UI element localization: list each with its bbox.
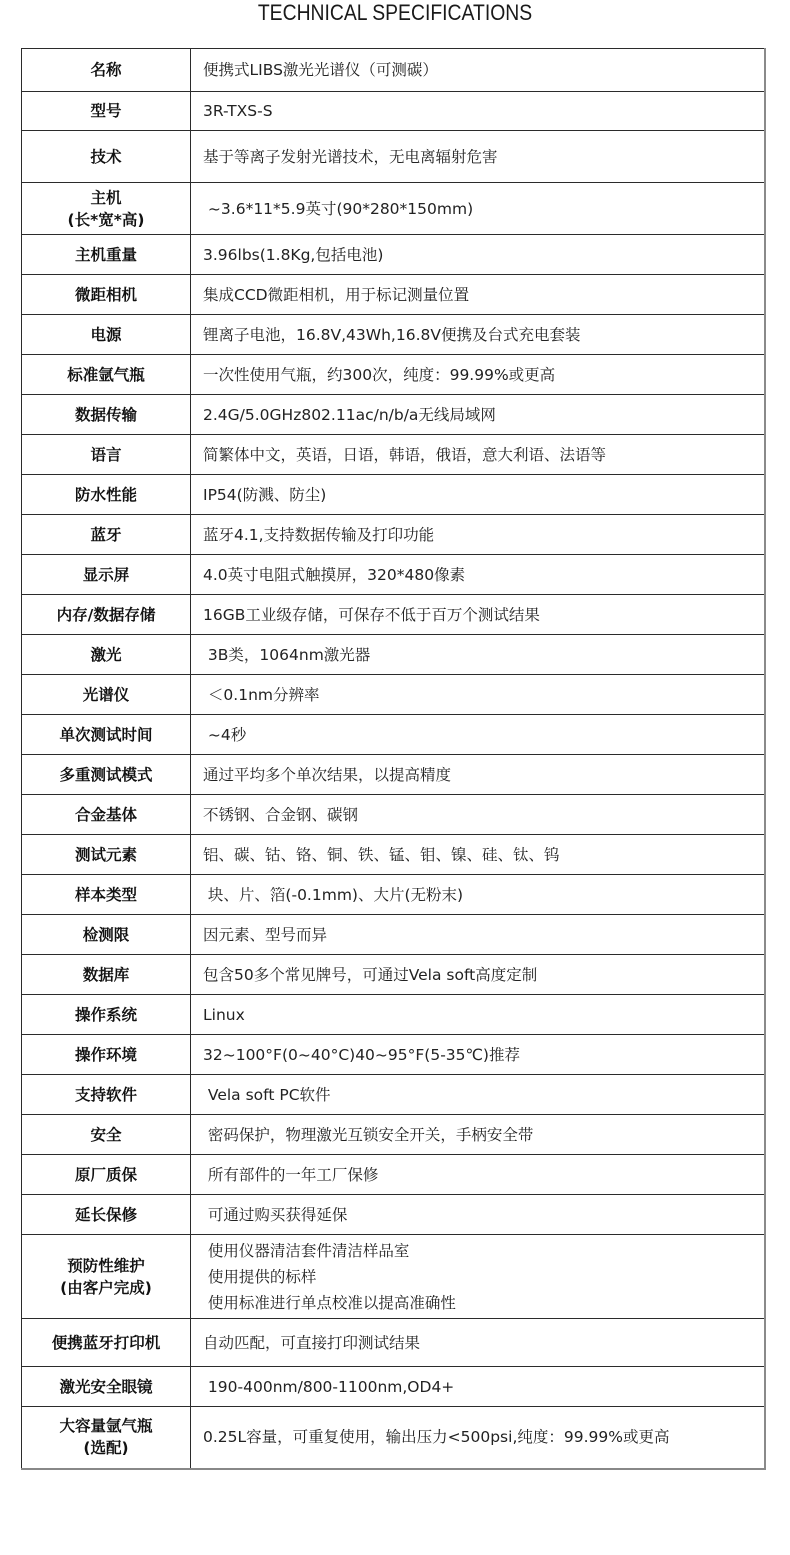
spec-row: 安全 密码保护，物理激光互锁安全开关，手柄安全带	[22, 1115, 766, 1155]
spec-value-cell: 锂离子电池，16.8V,43Wh,16.8V便携及台式充电套装	[191, 315, 766, 355]
spec-label-cell: 防水性能	[22, 475, 191, 515]
spec-value-cell: 4.0英寸电阻式触摸屏，320*480像素	[191, 555, 766, 595]
spec-value: 3.96lbs(1.8Kg,包括电池)	[203, 242, 764, 268]
spec-row: 显示屏4.0英寸电阻式触摸屏，320*480像素	[22, 555, 766, 595]
spec-value-cell: 密码保护，物理激光互锁安全开关，手柄安全带	[191, 1115, 766, 1155]
spec-value-cell: 自动匹配，可直接打印测试结果	[191, 1319, 766, 1367]
spec-label-cell: 名称	[22, 49, 191, 92]
spec-label: 光谱仪	[22, 684, 190, 706]
spec-row: 光谱仪 ＜0.1nm分辨率	[22, 675, 766, 715]
spec-label-cell: 单次测试时间	[22, 715, 191, 755]
spec-label-cell: 光谱仪	[22, 675, 191, 715]
spec-value-cell: 所有部件的一年工厂保修	[191, 1155, 766, 1195]
spec-label: 数据库	[22, 964, 190, 986]
spec-value: 2.4G/5.0GHz802.11ac/n/b/a无线局域网	[203, 402, 764, 428]
spec-row: 单次测试时间 ~4秒	[22, 715, 766, 755]
spec-row: 支持软件 Vela soft PC软件	[22, 1075, 766, 1115]
spec-value: 所有部件的一年工厂保修	[203, 1162, 764, 1188]
spec-row: 便携蓝牙打印机自动匹配，可直接打印测试结果	[22, 1319, 766, 1367]
spec-value-cell: 基于等离子发射光谱技术，无电离辐射危害	[191, 131, 766, 183]
spec-value-cell: 190-400nm/800-1100nm,OD4+	[191, 1367, 766, 1407]
spec-label-cell: 大容量氩气瓶(选配)	[22, 1407, 191, 1469]
spec-label: 大容量氩气瓶	[22, 1415, 190, 1437]
spec-label-cell: 预防性维护(由客户完成)	[22, 1235, 191, 1319]
spec-value-cell: IP54(防溅、防尘)	[191, 475, 766, 515]
spec-label: 合金基体	[22, 804, 190, 826]
spec-label: 激光	[22, 644, 190, 666]
spec-value: 0.25L容量，可重复使用，输出压力<500psi,纯度：99.99%或更高	[203, 1424, 764, 1450]
spec-value-cell: 铝、碳、钴、铬、铜、铁、锰、钼、镍、硅、钛、钨	[191, 835, 766, 875]
spec-value-cell: ~3.6*11*5.9英寸(90*280*150mm)	[191, 183, 766, 235]
spec-value-cell: ＜0.1nm分辨率	[191, 675, 766, 715]
spec-label: (由客户完成)	[22, 1277, 190, 1299]
spec-label: 检测限	[22, 924, 190, 946]
spec-row: 主机(长*宽*高) ~3.6*11*5.9英寸(90*280*150mm)	[22, 183, 766, 235]
spec-value: ＜0.1nm分辨率	[203, 682, 764, 708]
spec-value: 16GB工业级存储，可保存不低于百万个测试结果	[203, 602, 764, 628]
spec-label: 名称	[22, 59, 190, 81]
spec-table: 名称便携式LIBS激光光谱仪（可测碳）型号3R-TXS-S技术基于等离子发射光谱…	[21, 48, 766, 1470]
spec-value: 32~100°F(0~40°C)40~95°F(5-35℃)推荐	[203, 1042, 764, 1068]
spec-value-cell: 便携式LIBS激光光谱仪（可测碳）	[191, 49, 766, 92]
spec-value-cell: 16GB工业级存储，可保存不低于百万个测试结果	[191, 595, 766, 635]
spec-value: 通过平均多个单次结果，以提高精度	[203, 762, 764, 788]
page-title: TECHNICAL SPECIFICATIONS	[47, 0, 742, 26]
spec-value-cell: 2.4G/5.0GHz802.11ac/n/b/a无线局域网	[191, 395, 766, 435]
spec-label-cell: 支持软件	[22, 1075, 191, 1115]
spec-label-cell: 内存/数据存储	[22, 595, 191, 635]
spec-value: 锂离子电池，16.8V,43Wh,16.8V便携及台式充电套装	[203, 322, 764, 348]
spec-row: 主机重量3.96lbs(1.8Kg,包括电池)	[22, 235, 766, 275]
spec-label-cell: 激光安全眼镜	[22, 1367, 191, 1407]
spec-value-cell: 不锈钢、合金钢、碳钢	[191, 795, 766, 835]
spec-value-cell: 3.96lbs(1.8Kg,包括电池)	[191, 235, 766, 275]
spec-row: 合金基体不锈钢、合金钢、碳钢	[22, 795, 766, 835]
spec-label-cell: 显示屏	[22, 555, 191, 595]
spec-value-cell: Linux	[191, 995, 766, 1035]
spec-label: 技术	[22, 146, 190, 168]
spec-label: (选配)	[22, 1437, 190, 1459]
spec-value: 3B类，1064nm激光器	[203, 642, 764, 668]
spec-label: (长*宽*高)	[22, 209, 190, 231]
spec-row: 操作系统Linux	[22, 995, 766, 1035]
spec-label-cell: 便携蓝牙打印机	[22, 1319, 191, 1367]
spec-label-cell: 合金基体	[22, 795, 191, 835]
spec-label: 微距相机	[22, 284, 190, 306]
spec-label: 原厂质保	[22, 1164, 190, 1186]
spec-value: 密码保护，物理激光互锁安全开关，手柄安全带	[203, 1122, 764, 1148]
spec-value-cell: 蓝牙4.1,支持数据传输及打印功能	[191, 515, 766, 555]
spec-label: 预防性维护	[22, 1255, 190, 1277]
spec-value-cell: 因元素、型号而异	[191, 915, 766, 955]
spec-value: Linux	[203, 1002, 764, 1028]
spec-value-cell: ~4秒	[191, 715, 766, 755]
spec-value: ~4秒	[203, 722, 764, 748]
spec-label: 样本类型	[22, 884, 190, 906]
spec-label: 数据传输	[22, 404, 190, 426]
spec-value-cell: 3R-TXS-S	[191, 92, 766, 131]
spec-row: 语言简繁体中文，英语，日语，韩语，俄语，意大利语、法语等	[22, 435, 766, 475]
spec-value-cell: Vela soft PC软件	[191, 1075, 766, 1115]
spec-label: 防水性能	[22, 484, 190, 506]
spec-value: 基于等离子发射光谱技术，无电离辐射危害	[203, 144, 764, 170]
spec-value: 3R-TXS-S	[203, 98, 764, 124]
spec-label: 单次测试时间	[22, 724, 190, 746]
spec-value-cell: 3B类，1064nm激光器	[191, 635, 766, 675]
spec-value: 使用提供的标样	[203, 1264, 764, 1290]
spec-value-cell: 集成CCD微距相机，用于标记测量位置	[191, 275, 766, 315]
spec-label: 操作系统	[22, 1004, 190, 1026]
spec-label-cell: 数据库	[22, 955, 191, 995]
spec-value: 集成CCD微距相机，用于标记测量位置	[203, 282, 764, 308]
spec-table-body: 名称便携式LIBS激光光谱仪（可测碳）型号3R-TXS-S技术基于等离子发射光谱…	[22, 49, 766, 1469]
spec-label: 主机重量	[22, 244, 190, 266]
spec-value: IP54(防溅、防尘)	[203, 482, 764, 508]
spec-label: 测试元素	[22, 844, 190, 866]
spec-value: 块、片、箔(-0.1mm)、大片(无粉末)	[203, 882, 764, 908]
spec-label: 内存/数据存储	[22, 604, 190, 626]
spec-value: ~3.6*11*5.9英寸(90*280*150mm)	[203, 196, 764, 222]
spec-label-cell: 激光	[22, 635, 191, 675]
spec-value: 简繁体中文，英语，日语，韩语，俄语，意大利语、法语等	[203, 442, 764, 468]
spec-label-cell: 标准氩气瓶	[22, 355, 191, 395]
spec-row: 原厂质保 所有部件的一年工厂保修	[22, 1155, 766, 1195]
spec-label: 显示屏	[22, 564, 190, 586]
spec-value: 可通过购买获得延保	[203, 1202, 764, 1228]
spec-label-cell: 样本类型	[22, 875, 191, 915]
spec-label-cell: 操作系统	[22, 995, 191, 1035]
spec-row: 防水性能IP54(防溅、防尘)	[22, 475, 766, 515]
spec-value: 铝、碳、钴、铬、铜、铁、锰、钼、镍、硅、钛、钨	[203, 842, 764, 868]
spec-value-cell: 简繁体中文，英语，日语，韩语，俄语，意大利语、法语等	[191, 435, 766, 475]
spec-label: 便携蓝牙打印机	[22, 1332, 190, 1354]
spec-row: 微距相机集成CCD微距相机，用于标记测量位置	[22, 275, 766, 315]
spec-row: 技术基于等离子发射光谱技术，无电离辐射危害	[22, 131, 766, 183]
spec-value-cell: 通过平均多个单次结果，以提高精度	[191, 755, 766, 795]
spec-value-cell: 使用仪器清洁套件清洁样品室 使用提供的标样 使用标准进行单点校准以提高准确性	[191, 1235, 766, 1319]
spec-label-cell: 型号	[22, 92, 191, 131]
spec-label-cell: 测试元素	[22, 835, 191, 875]
spec-row: 标准氩气瓶一次性使用气瓶，约300次，纯度：99.99%或更高	[22, 355, 766, 395]
spec-row: 蓝牙蓝牙4.1,支持数据传输及打印功能	[22, 515, 766, 555]
spec-label-cell: 原厂质保	[22, 1155, 191, 1195]
spec-row: 名称便携式LIBS激光光谱仪（可测碳）	[22, 49, 766, 92]
spec-value: 一次性使用气瓶，约300次，纯度：99.99%或更高	[203, 362, 764, 388]
spec-row: 型号3R-TXS-S	[22, 92, 766, 131]
spec-label-cell: 电源	[22, 315, 191, 355]
spec-row: 大容量氩气瓶(选配)0.25L容量，可重复使用，输出压力<500psi,纯度：9…	[22, 1407, 766, 1469]
spec-label-cell: 技术	[22, 131, 191, 183]
spec-value: Vela soft PC软件	[203, 1082, 764, 1108]
spec-row: 测试元素铝、碳、钴、铬、铜、铁、锰、钼、镍、硅、钛、钨	[22, 835, 766, 875]
spec-value-cell: 32~100°F(0~40°C)40~95°F(5-35℃)推荐	[191, 1035, 766, 1075]
spec-value: 不锈钢、合金钢、碳钢	[203, 802, 764, 828]
spec-label: 多重测试模式	[22, 764, 190, 786]
spec-label-cell: 检测限	[22, 915, 191, 955]
spec-label-cell: 安全	[22, 1115, 191, 1155]
spec-label-cell: 语言	[22, 435, 191, 475]
spec-value: 包含50多个常见牌号，可通过Vela soft高度定制	[203, 962, 764, 988]
spec-value-cell: 块、片、箔(-0.1mm)、大片(无粉末)	[191, 875, 766, 915]
spec-row: 激光安全眼镜 190-400nm/800-1100nm,OD4+	[22, 1367, 766, 1407]
spec-label-cell: 蓝牙	[22, 515, 191, 555]
spec-value: 自动匹配，可直接打印测试结果	[203, 1330, 764, 1356]
spec-row: 数据库包含50多个常见牌号，可通过Vela soft高度定制	[22, 955, 766, 995]
spec-label: 主机	[22, 187, 190, 209]
spec-label-cell: 数据传输	[22, 395, 191, 435]
spec-value: 蓝牙4.1,支持数据传输及打印功能	[203, 522, 764, 548]
spec-value: 使用标准进行单点校准以提高准确性	[203, 1290, 764, 1316]
spec-row: 激光 3B类，1064nm激光器	[22, 635, 766, 675]
spec-label: 操作环境	[22, 1044, 190, 1066]
spec-label: 语言	[22, 444, 190, 466]
spec-value-cell: 可通过购买获得延保	[191, 1195, 766, 1235]
spec-row: 延长保修 可通过购买获得延保	[22, 1195, 766, 1235]
spec-row: 预防性维护(由客户完成) 使用仪器清洁套件清洁样品室 使用提供的标样 使用标准进…	[22, 1235, 766, 1319]
spec-value: 便携式LIBS激光光谱仪（可测碳）	[203, 57, 764, 83]
spec-label: 标准氩气瓶	[22, 364, 190, 386]
spec-value-cell: 一次性使用气瓶，约300次，纯度：99.99%或更高	[191, 355, 766, 395]
spec-label-cell: 主机重量	[22, 235, 191, 275]
spec-row: 样本类型 块、片、箔(-0.1mm)、大片(无粉末)	[22, 875, 766, 915]
spec-value: 4.0英寸电阻式触摸屏，320*480像素	[203, 562, 764, 588]
spec-label: 蓝牙	[22, 524, 190, 546]
spec-row: 检测限因元素、型号而异	[22, 915, 766, 955]
spec-label: 激光安全眼镜	[22, 1376, 190, 1398]
spec-row: 内存/数据存储16GB工业级存储，可保存不低于百万个测试结果	[22, 595, 766, 635]
spec-row: 操作环境32~100°F(0~40°C)40~95°F(5-35℃)推荐	[22, 1035, 766, 1075]
spec-label: 型号	[22, 100, 190, 122]
spec-label: 支持软件	[22, 1084, 190, 1106]
spec-label-cell: 操作环境	[22, 1035, 191, 1075]
spec-value-cell: 0.25L容量，可重复使用，输出压力<500psi,纯度：99.99%或更高	[191, 1407, 766, 1469]
spec-label-cell: 主机(长*宽*高)	[22, 183, 191, 235]
spec-label: 安全	[22, 1124, 190, 1146]
spec-label-cell: 微距相机	[22, 275, 191, 315]
spec-value-cell: 包含50多个常见牌号，可通过Vela soft高度定制	[191, 955, 766, 995]
spec-label: 延长保修	[22, 1204, 190, 1226]
spec-row: 电源锂离子电池，16.8V,43Wh,16.8V便携及台式充电套装	[22, 315, 766, 355]
spec-value: 使用仪器清洁套件清洁样品室	[203, 1238, 764, 1264]
spec-label: 电源	[22, 324, 190, 346]
spec-value: 因元素、型号而异	[203, 922, 764, 948]
spec-label-cell: 多重测试模式	[22, 755, 191, 795]
spec-row: 多重测试模式通过平均多个单次结果，以提高精度	[22, 755, 766, 795]
spec-label-cell: 延长保修	[22, 1195, 191, 1235]
spec-row: 数据传输2.4G/5.0GHz802.11ac/n/b/a无线局域网	[22, 395, 766, 435]
spec-value: 190-400nm/800-1100nm,OD4+	[203, 1374, 764, 1400]
